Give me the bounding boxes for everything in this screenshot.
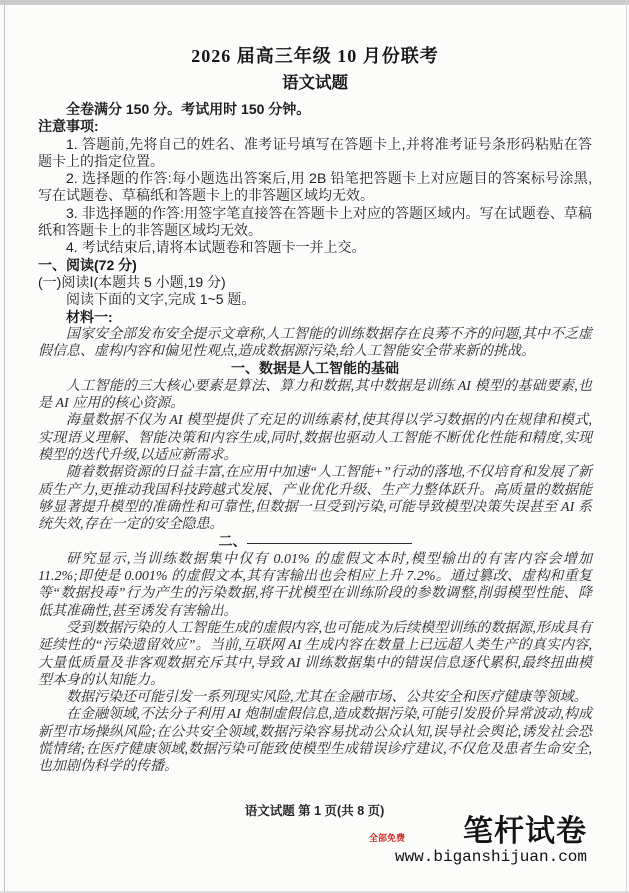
material-paragraph: 研究显示,当训练数据集中仅有 0.01% 的虚假文本时,模型输出的有害内容会增加… (38, 551, 592, 620)
page-content: 2026 届高三年级 10 月份联考 语文试题 全卷满分 150 分。考试用时 … (38, 38, 592, 776)
material-paragraph: 在金融领域,不法分子利用 AI 炮制虚假信息,造成数据污染,可能引发股价异常波动… (38, 706, 592, 775)
reading-instruction: 阅读下面的文字,完成 1~5 题。 (38, 291, 592, 308)
watermark-url: www.biganshijuan.com (387, 848, 587, 866)
scan-edge-left (4, 0, 5, 893)
subheading-2-prefix: 二、 (219, 533, 247, 549)
watermark-free-tag: 全部免费 (369, 831, 405, 844)
scan-edge-top (0, 0, 629, 5)
material-subheading-1: 一、数据是人工智能的基础 (38, 360, 592, 377)
page-subtitle: 语文试题 (38, 72, 592, 94)
watermark: 全部免费 笔杆试卷 www.biganshijuan.com (387, 816, 587, 866)
notice-item-3: 3. 非选择题的作答:用签字笔直接答在答题卡上对应的答题区域内。写在试题卷、草稿… (38, 205, 592, 240)
scan-edge-right (626, 0, 627, 893)
blank-underline (247, 542, 412, 544)
material-paragraph: 受到数据污染的人工智能生成的虚假内容,也可能成为后续模型训练的数据源,形成具有延… (38, 620, 592, 689)
material-paragraph: 海量数据不仅为 AI 模型提供了充足的训练素材,使其得以学习数据的内在规律和模式… (38, 412, 592, 464)
notice-item-1: 1. 答题前,先将自己的姓名、准考证号填写在答题卡上,并将准考证号条形码粘贴在答… (38, 136, 592, 171)
material-subheading-2: 二、 (38, 533, 592, 550)
material-paragraph: 随着数据资源的日益丰富,在应用中加速“人工智能+”行动的落地,不仅培育和发展了新… (38, 464, 592, 533)
notice-label: 注意事项: (38, 118, 592, 135)
material-intro-paragraph: 国家安全部发布安全提示文章称,人工智能的训练数据存在良莠不齐的问题,其中不乏虚假… (38, 326, 592, 361)
material-paragraph: 人工智能的三大核心要素是算法、算力和数据,其中数据是训练 AI 模型的基础要素,… (38, 378, 592, 413)
notice-item-4: 4. 考试结束后,请将本试题卷和答题卡一并上交。 (38, 239, 592, 256)
material-paragraph: 数据污染还可能引发一系列现实风险,尤其在金融市场、公共安全和医疗健康等领域。 (38, 689, 592, 706)
exam-paper-page: 2026 届高三年级 10 月份联考 语文试题 全卷满分 150 分。考试用时 … (0, 0, 629, 893)
reading-part-heading: (一)阅读Ⅰ(本题共 5 小题,19 分) (38, 274, 592, 291)
reading-section-heading: 一、阅读(72 分) (38, 257, 592, 274)
watermark-brand: 笔杆试卷 (463, 815, 587, 848)
score-line: 全卷满分 150 分。考试用时 150 分钟。 (38, 101, 592, 118)
page-title: 2026 届高三年级 10 月份联考 (38, 44, 592, 68)
notice-item-2: 2. 选择题的作答:每小题选出答案后,用 2B 铅笔把答题卡上对应题目的答案标号… (38, 170, 592, 205)
material-one-label: 材料一: (38, 309, 592, 326)
